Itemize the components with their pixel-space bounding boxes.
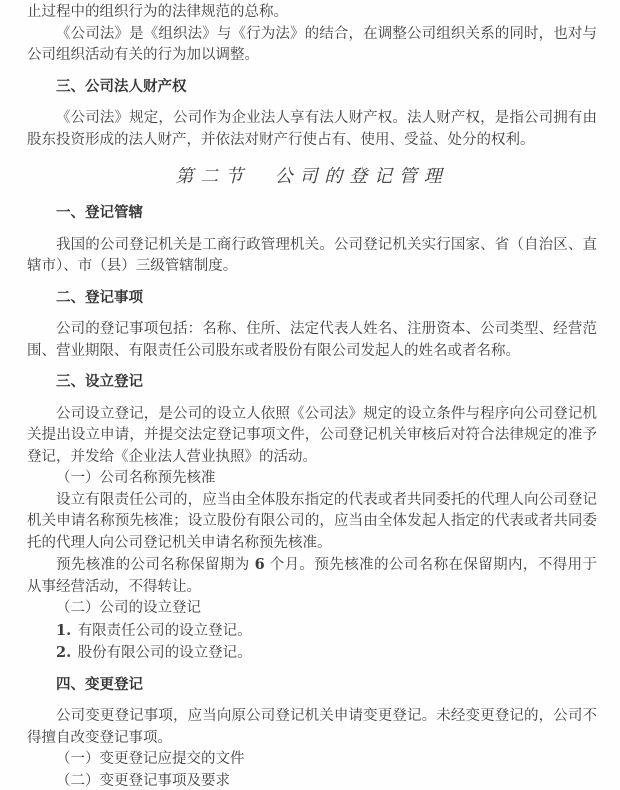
subheading-establishment-registration: （二）公司的设立登记: [27, 598, 597, 620]
section-title: 第二节 公司的登记管理: [27, 164, 597, 190]
reservation-months-value: 6: [255, 556, 265, 573]
subheading-name-approval: （一）公司名称预先核准: [27, 468, 597, 490]
document-page: 止过程中的组织行为的法律规范的总称。 《公司法》是《组织法》与《行为法》的结合，…: [0, 0, 620, 790]
paragraph-name-approval: 设立有限责任公司的，应当由全体股东指定的代表或者共同委托的代理人向公司登记机关申…: [27, 490, 597, 555]
heading-establishment: 三、设立登记: [27, 372, 597, 394]
subheading-change-items: （二）变更登记事项及要求: [27, 771, 597, 790]
list-item-1-number: 1.: [56, 622, 71, 639]
paragraph-legal-person-property: 《公司法》规定，公司作为企业法人享有法人财产权。法人财产权，是指公司拥有由股东投…: [27, 108, 597, 151]
paragraph-intro-tail: 止过程中的组织行为的法律规范的总称。: [27, 2, 597, 24]
paragraph-registration-items: 公司的登记事项包括：名称、住所、法定代表人姓名、注册资本、公司类型、经营范围、营…: [27, 319, 597, 362]
paragraph-jurisdiction: 我国的公司登记机关是工商行政管理机关。公司登记机关实行国家、省（自治区、直辖市）…: [27, 235, 597, 278]
list-item-2: 2.股份有限公司的设立登记。: [27, 642, 597, 665]
list-item-1: 1.有限责任公司的设立登记。: [27, 620, 597, 643]
reservation-text-prefix: 预先核准的公司名称保留期为: [56, 557, 255, 573]
heading-jurisdiction: 一、登记管辖: [27, 203, 597, 225]
list-item-1-text: 有限责任公司的设立登记。: [78, 623, 252, 639]
subheading-change-documents: （一）变更登记应提交的文件: [27, 749, 597, 771]
paragraph-law-combination: 《公司法》是《组织法》与《行为法》的结合，在调整公司组织关系的同时，也对与公司组…: [27, 24, 597, 67]
heading-legal-person-property: 三、公司法人财产权: [27, 77, 597, 99]
paragraph-establishment: 公司设立登记，是公司的设立人依照《公司法》规定的设立条件与程序向公司登记机关提出…: [27, 404, 597, 469]
paragraph-change-registration: 公司变更登记事项，应当向原公司登记机关申请变更登记。未经变更登记的，公司不得擅自…: [27, 706, 597, 749]
list-item-2-number: 2.: [56, 644, 71, 661]
paragraph-name-reservation: 预先核准的公司名称保留期为 6 个月。预先核准的公司名称在保留期内，不得用于从事…: [27, 554, 597, 598]
list-item-2-text: 股份有限公司的设立登记。: [78, 645, 252, 661]
heading-change-registration: 四、变更登记: [27, 675, 597, 697]
heading-registration-items: 二、登记事项: [27, 288, 597, 310]
